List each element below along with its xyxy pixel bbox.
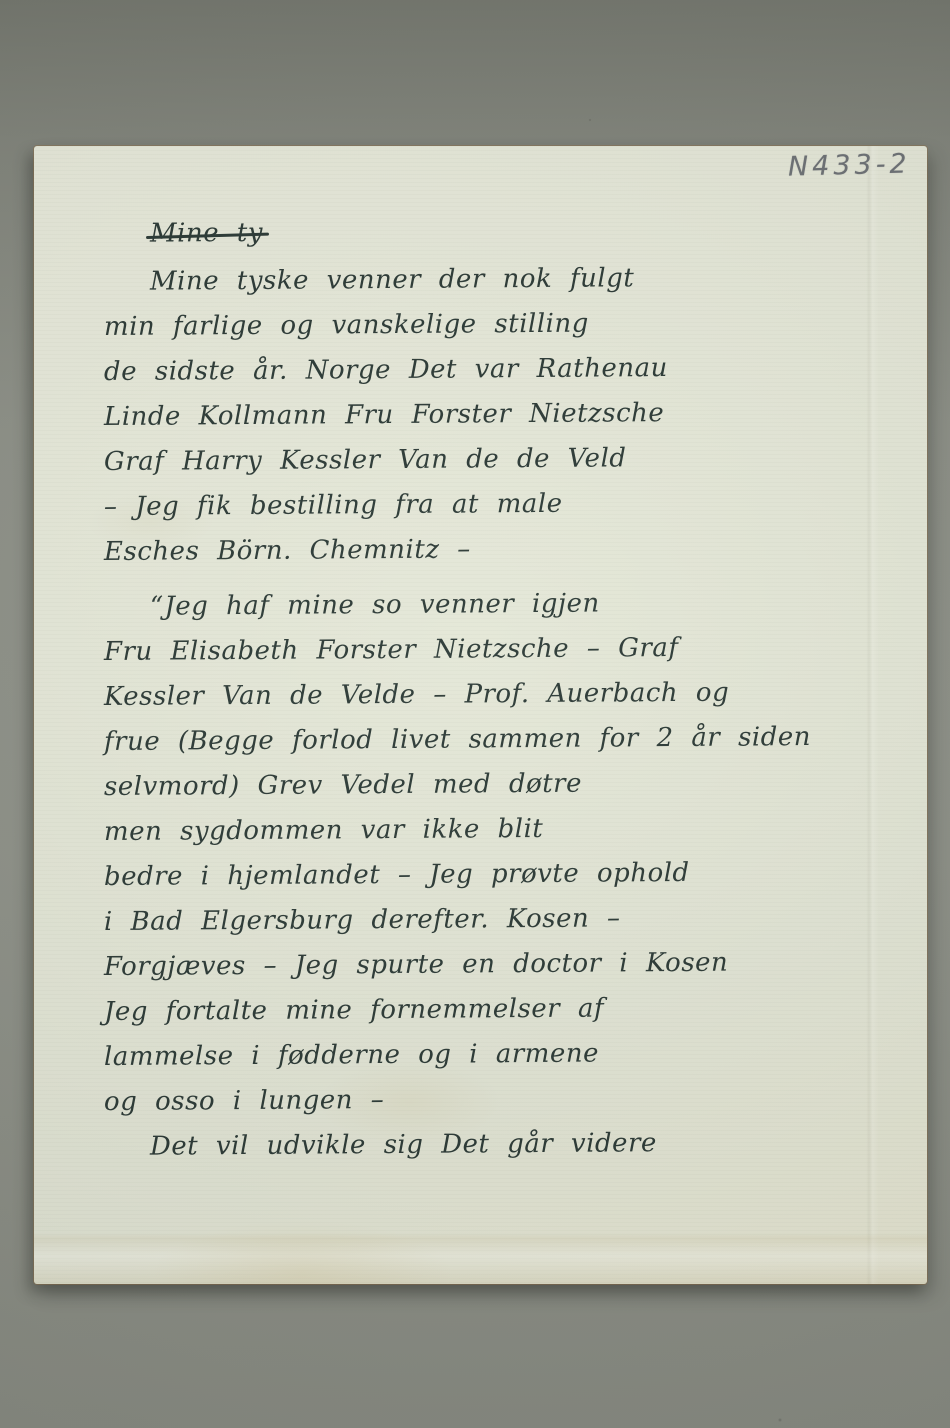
handwritten-line: de sidste år. Norge Det var Rathenau [104, 344, 897, 395]
handwritten-line: Graf Harry Kessler Van de de Veld [104, 434, 897, 485]
handwritten-line: “Jeg haf mine so venner igjen [104, 579, 897, 630]
letter-body: Mine ty Mine tyske venner der nok fulgt … [104, 208, 897, 1170]
handwritten-line: min farlige og vanskelige stilling [104, 299, 897, 350]
handwritten-line: selvmord) Grev Vedel med døtre [104, 759, 897, 810]
photo-background: N433-2 Mine ty Mine tyske venner der nok… [0, 0, 950, 1428]
handwritten-line: og osso i lungen – [104, 1074, 897, 1125]
handwritten-line: – Jeg fik bestilling fra at male [104, 479, 897, 530]
handwritten-line: men sygdommen var ikke blit [104, 804, 897, 855]
handwritten-line: i Bad Elgersburg derefter. Kosen – [104, 894, 897, 945]
handwritten-line: Mine tyske venner der nok fulgt [104, 254, 897, 305]
letter-paper: N433-2 Mine ty Mine tyske venner der nok… [34, 146, 927, 1284]
handwritten-line: Esches Börn. Chemnitz – [104, 524, 897, 575]
handwritten-line: lammelse i fødderne og i armene [104, 1029, 897, 1080]
handwritten-line: Linde Kollmann Fru Forster Nietzsche [104, 389, 897, 440]
handwritten-line: Kessler Van de Velde – Prof. Auerbach og [104, 669, 897, 720]
handwritten-line: Det vil udvikle sig Det går videre [104, 1119, 897, 1170]
handwritten-line: Fru Elisabeth Forster Nietzsche – Graf [104, 624, 897, 675]
handwritten-line: bedre i hjemlandet – Jeg prøvte ophold [104, 849, 897, 900]
handwritten-line-struck: Mine ty [104, 202, 897, 260]
struck-text: Mine ty [150, 207, 263, 260]
handwritten-line: Forgjæves – Jeg spurte en doctor i Kosen [104, 939, 897, 990]
handwritten-line: frue (Begge forlod livet sammen for 2 år… [104, 714, 897, 765]
archival-number-label: N433-2 [788, 148, 911, 182]
handwritten-line: Jeg fortalte mine fornemmelser af [104, 984, 897, 1035]
